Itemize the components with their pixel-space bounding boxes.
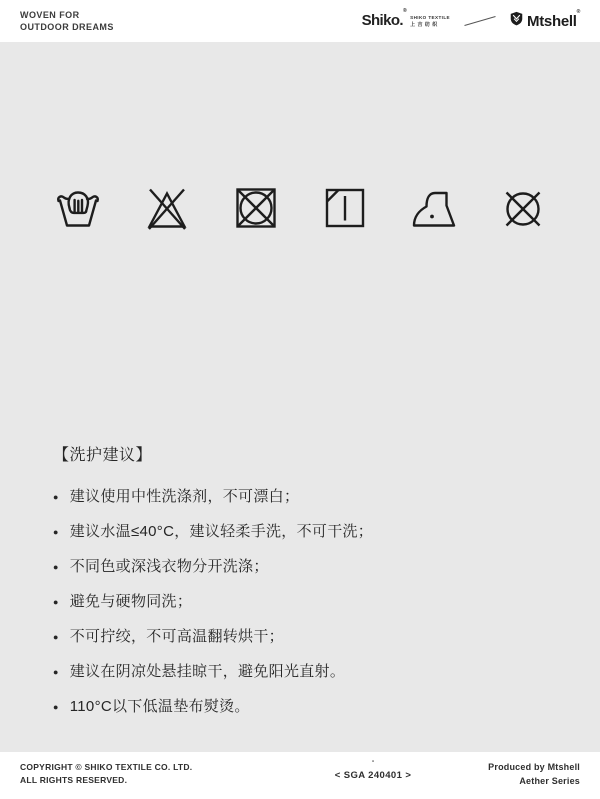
hand-wash-icon — [54, 184, 102, 232]
line-dry-in-shade-icon — [321, 184, 369, 232]
care-label-page: WOVEN FOR OUTDOOR DREAMS Shiko.® SHIKO T… — [0, 0, 600, 799]
care-item: ●不同色或深浅衣物分开洗涤； — [53, 559, 373, 575]
care-item-text: 建议使用中性洗涤剂，不可漂白； — [70, 489, 300, 505]
care-item-text: 建议水温≤40°C，建议轻柔手洗，不可干洗； — [70, 524, 373, 540]
care-item: ●避免与硬物同洗； — [53, 594, 373, 610]
care-item: ●不可拧绞，不可高温翻转烘干； — [53, 629, 373, 645]
care-item-text: 不同色或深浅衣物分开洗涤； — [70, 559, 269, 575]
registered-mark: ® — [403, 8, 406, 14]
tagline-line-1: WOVEN FOR — [20, 9, 114, 21]
care-item: ●建议水温≤40°C，建议轻柔手洗，不可干洗； — [53, 524, 373, 540]
mtshell-wordmark: Mtshell® — [527, 14, 580, 29]
bullet-dot: ● — [53, 664, 59, 680]
do-not-dry-clean-icon — [499, 184, 547, 232]
care-item-text: 不可拧绞，不可高温翻转烘干； — [70, 629, 284, 645]
produced-line-2: Aether Series — [488, 775, 580, 789]
header-logos: Shiko.® SHIKO TEXTILE 上吉纺织 Mtshell® — [362, 11, 580, 31]
shiko-logo: Shiko.® SHIKO TEXTILE 上吉纺织 — [362, 13, 450, 29]
care-item-text: 110°C以下低温垫布熨烫。 — [70, 699, 250, 715]
care-guide-title: 【洗护建议】 — [53, 442, 373, 465]
footer: COPYRIGHT © SHIKO TEXTILE CO. LTD. ALL R… — [0, 752, 600, 799]
care-item: ●建议使用中性洗涤剂，不可漂白； — [53, 489, 373, 505]
bullet-dot: ● — [53, 629, 59, 645]
code-dash-mark: - — [313, 758, 433, 765]
care-list: ●建议使用中性洗涤剂，不可漂白；●建议水温≤40°C，建议轻柔手洗，不可干洗；●… — [53, 489, 373, 715]
shiko-caption-en: SHIKO TEXTILE — [410, 15, 450, 22]
care-guide: 【洗护建议】 ●建议使用中性洗涤剂，不可漂白；●建议水温≤40°C，建议轻柔手洗… — [53, 442, 373, 734]
bullet-dot: ● — [53, 489, 59, 505]
copyright-line-1: COPYRIGHT © SHIKO TEXTILE CO. LTD. — [20, 761, 192, 774]
brand-tagline: WOVEN FOR OUTDOOR DREAMS — [20, 9, 114, 33]
product-code: - < SGA 240401 > — [313, 758, 433, 781]
care-item-text: 避免与硬物同洗； — [70, 594, 192, 610]
code-text: < SGA 240401 > — [313, 770, 433, 781]
produced-by: Produced by Mtshell Aether Series — [488, 761, 580, 788]
copyright-line-2: ALL RIGHTS RESERVED. — [20, 774, 192, 787]
bullet-dot: ● — [53, 699, 59, 715]
registered-mark: ® — [577, 9, 580, 15]
shiko-captions: SHIKO TEXTILE 上吉纺织 — [410, 13, 450, 29]
care-item: ●建议在阴凉处悬挂晾干，避免阳光直射。 — [53, 664, 373, 680]
slash-divider-icon — [463, 15, 497, 27]
do-not-bleach-icon — [143, 184, 191, 232]
bullet-dot: ● — [53, 594, 59, 610]
shiko-caption-cn: 上吉纺织 — [410, 22, 450, 30]
produced-line-1: Produced by Mtshell — [488, 761, 580, 775]
care-item: ●110°C以下低温垫布熨烫。 — [53, 699, 373, 715]
tagline-line-2: OUTDOOR DREAMS — [20, 21, 114, 33]
header: WOVEN FOR OUTDOOR DREAMS Shiko.® SHIKO T… — [0, 0, 600, 42]
bullet-dot: ● — [53, 559, 59, 575]
bullet-dot: ● — [53, 524, 59, 540]
copyright: COPYRIGHT © SHIKO TEXTILE CO. LTD. ALL R… — [20, 761, 192, 787]
mtshell-logo: Mtshell® — [510, 11, 580, 31]
iron-low-heat-icon — [410, 184, 458, 232]
care-item-text: 建议在阴凉处悬挂晾干，避免阳光直射。 — [70, 664, 345, 680]
mtshell-shield-icon — [510, 11, 523, 31]
do-not-tumble-dry-icon — [232, 184, 280, 232]
shiko-wordmark: Shiko.® — [362, 13, 407, 28]
care-panel: 【洗护建议】 ●建议使用中性洗涤剂，不可漂白；●建议水温≤40°C，建议轻柔手洗… — [0, 42, 600, 752]
care-symbols-row — [0, 184, 600, 232]
